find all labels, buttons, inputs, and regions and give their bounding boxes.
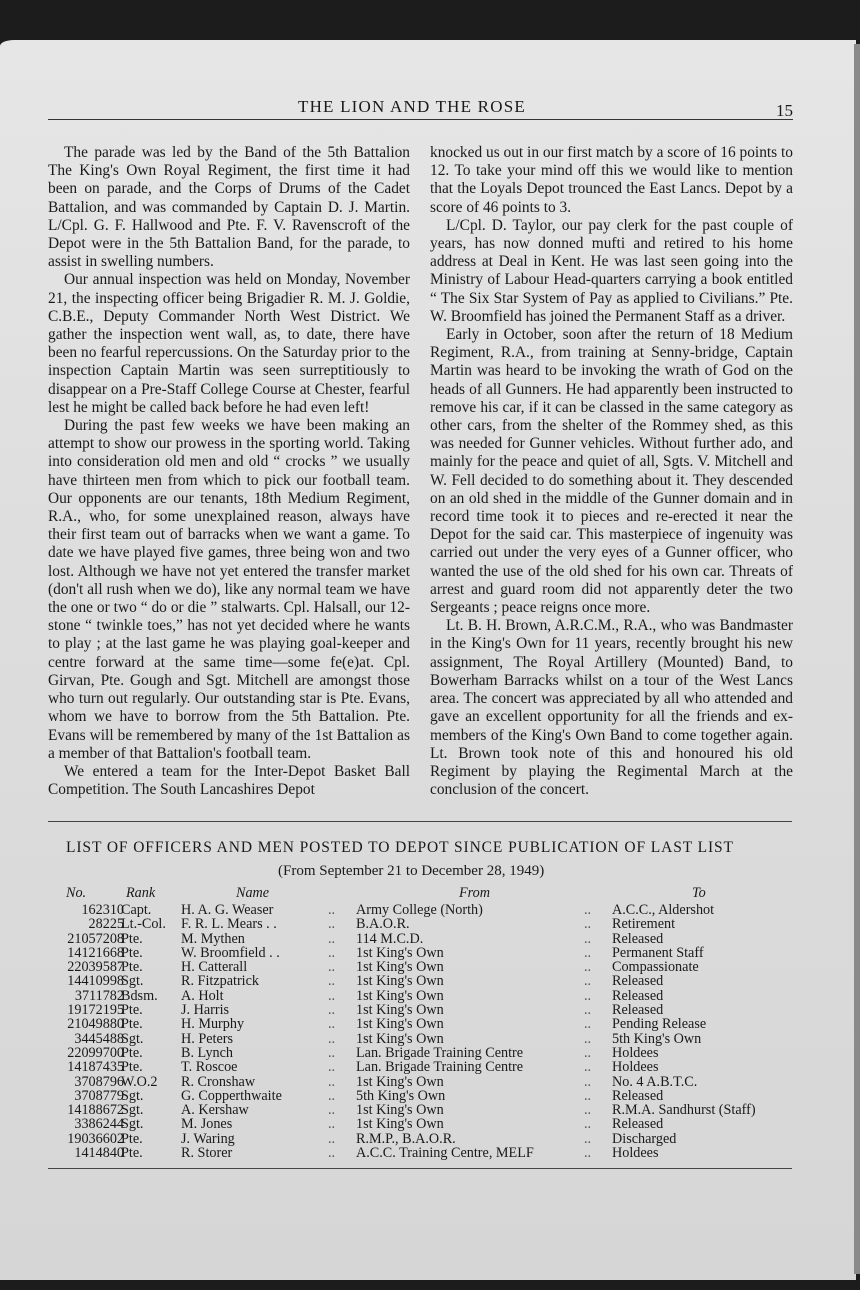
column-header-from: From — [459, 885, 490, 902]
table-row: 14188672Sgt.A. Kershaw..1st King's Own..… — [40, 1102, 800, 1116]
posted-to: Holdees — [612, 1145, 659, 1162]
paragraph: Our annual inspection was held on Monday… — [48, 271, 410, 417]
paragraph: We entered a team for the Inter-Depot Ba… — [48, 763, 410, 799]
table-row: 22099700Pte.B. Lynch..Lan. Brigade Train… — [40, 1045, 800, 1059]
table-row: 3708796W.O.2R. Cronshaw..1st King's Own.… — [40, 1074, 800, 1088]
running-header: THE LION AND THE ROSE 15 — [48, 97, 793, 120]
table-row: 21049880Pte.H. Murphy..1st King's Own..P… — [40, 1016, 800, 1030]
table-row: 19036602Pte.J. Waring..R.M.P., B.A.O.R..… — [40, 1131, 800, 1145]
column-header-name: Name — [236, 885, 269, 902]
posted-from: A.C.C. Training Centre, MELF — [356, 1145, 534, 1162]
leader-dots: .. — [584, 1145, 591, 1162]
table-header: No. Rank Name From To — [40, 885, 800, 902]
table-row: 14410998Sgt.R. Fitzpatrick..1st King's O… — [40, 973, 800, 987]
page-number: 15 — [776, 101, 793, 121]
table-row: 14187435Pte.T. Roscoe..Lan. Brigade Trai… — [40, 1059, 800, 1073]
right-column: knocked us out in our first match by a s… — [430, 144, 793, 799]
service-number: 1414840 — [74, 1145, 124, 1162]
table-row: 3711782Bdsm.A. Holt..1st King's Own..Rel… — [40, 988, 800, 1002]
paragraph-continued: knocked us out in our first match by a s… — [430, 144, 793, 217]
table-row: 3386244Sgt.M. Jones..1st King's Own..Rel… — [40, 1116, 800, 1130]
paragraph: The parade was led by the Band of the 5t… — [48, 144, 410, 271]
paragraph: Lt. B. H. Brown, A.R.C.M., R.A., who was… — [430, 617, 793, 799]
name: R. Storer — [181, 1145, 232, 1162]
column-header-no: No. — [66, 885, 86, 902]
section-divider — [48, 1168, 792, 1169]
paragraph: During the past few weeks we have been m… — [48, 417, 410, 763]
list-title: LIST OF OFFICERS AND MEN POSTED TO DEPOT… — [66, 839, 734, 857]
table-row: 14121668Pte.W. Broomfield . ...1st King'… — [40, 945, 800, 959]
list-subtitle: (From September 21 to December 28, 1949) — [278, 863, 544, 880]
rank: Pte. — [121, 1145, 143, 1162]
table-row: 19172195Pte.J. Harris..1st King's Own..R… — [40, 1002, 800, 1016]
page-edge — [854, 44, 860, 1274]
leader-dots: .. — [328, 1145, 335, 1162]
table-row: 21057208Pte.M. Mythen..114 M.C.D...Relea… — [40, 931, 800, 945]
table-row: 28225Lt.-Col.F. R. L. Mears . ...B.A.O.R… — [40, 916, 800, 930]
column-header-to: To — [692, 885, 706, 902]
paragraph: L/Cpl. D. Taylor, our pay clerk for the … — [430, 217, 793, 326]
column-header-rank: Rank — [126, 885, 155, 902]
table-row: 162310Capt.H. A. G. Weaser..Army College… — [40, 902, 800, 916]
posting-table: No. Rank Name From To 162310Capt.H. A. G… — [40, 885, 800, 1159]
section-divider — [48, 821, 792, 822]
table-row: 1414840Pte.R. Storer..A.C.C. Training Ce… — [40, 1145, 800, 1159]
table-row: 3445488Sgt.H. Peters..1st King's Own..5t… — [40, 1031, 800, 1045]
table-row: 3708779Sgt.G. Copperthwaite..5th King's … — [40, 1088, 800, 1102]
running-title: THE LION AND THE ROSE — [298, 97, 526, 117]
left-column: The parade was led by the Band of the 5t… — [48, 144, 410, 799]
paragraph: Early in October, soon after the return … — [430, 326, 793, 617]
table-row: 22039587Pte.H. Catterall..1st King's Own… — [40, 959, 800, 973]
